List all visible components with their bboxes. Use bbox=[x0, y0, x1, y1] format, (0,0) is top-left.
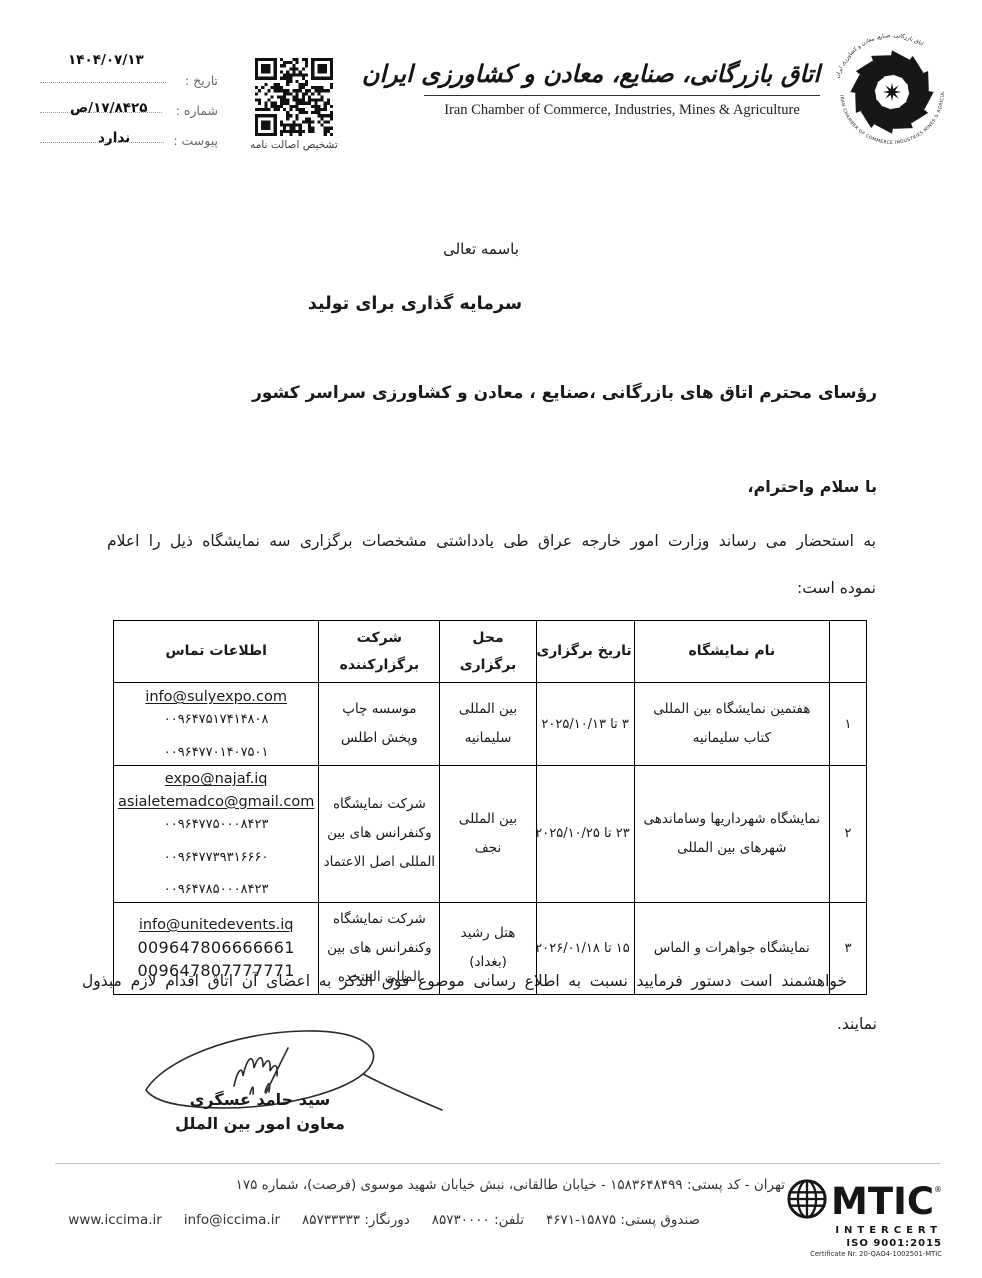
attachment-label: پیوست : bbox=[173, 133, 218, 148]
mtic-logo: MTIC ® INTERCERT ISO 9001:2015 Certifica… bbox=[780, 1178, 942, 1258]
contact-phone: 009647806666661 bbox=[118, 936, 314, 959]
contact-email: info@sulyexpo.com bbox=[118, 686, 314, 708]
number-row: شماره : ۱۷/۸۴۲۵/ص bbox=[40, 88, 218, 118]
header-organizer: شرکت برگزارکننده bbox=[319, 621, 440, 683]
certificate-number: Certificate Nr. 20-QAO4-1002501-MTIC bbox=[780, 1250, 942, 1258]
header-location: محل برگزاری bbox=[440, 621, 536, 683]
exhibition-name-cell: نمایشگاه شهرداریها وساماندهی شهرهای بین … bbox=[634, 766, 829, 902]
date-row: تاریخ : ۱۴۰۴/۰۷/۱۳ bbox=[40, 40, 218, 88]
qr-caption: تشخیص اصالت نامه bbox=[240, 139, 348, 151]
attachment-row: پیوست : ندارد bbox=[40, 118, 218, 148]
addressee-line: رؤسای محترم اتاق های بازرگانی ،صنایع ، م… bbox=[252, 383, 877, 403]
date-dotted-line bbox=[40, 82, 166, 83]
table-row: ۲ نمایشگاه شهرداریها وساماندهی شهرهای بی… bbox=[114, 766, 867, 902]
slogan: سرمایه گذاری برای تولید bbox=[308, 294, 522, 314]
footer-divider bbox=[55, 1163, 940, 1164]
contact-phone: ۰۰۹۶۴۷۸۵۰۰۰۸۴۲۳ bbox=[118, 880, 314, 900]
signer-title: معاون امور بین الملل bbox=[150, 1112, 370, 1136]
contact-cell: info@sulyexpo.com ۰۰۹۶۴۷۵۱۷۴۱۴۸۰۸ ۰۰۹۶۴۷… bbox=[114, 683, 319, 766]
contact-email: expo@najaf.iq bbox=[118, 768, 314, 790]
row-number: ۱ bbox=[829, 683, 866, 766]
iso-label: ISO 9001:2015 bbox=[780, 1238, 942, 1251]
exhibitions-table: نام نمایشگاه تاریخ برگزاری محل برگزاری ش… bbox=[113, 620, 867, 995]
intercert-label: INTERCERT bbox=[780, 1225, 942, 1238]
chamber-logo: اتاق بازرگانی، صنایع، معادن و کشاورزی ای… bbox=[831, 31, 953, 153]
location-cell: بین المللی سلیمانیه bbox=[440, 683, 536, 766]
footer-address: تهران - کد پستی: ۱۵۸۳۶۴۸۴۹۹ - خیابان طال… bbox=[236, 1177, 785, 1193]
table-row: ۱ هفتمین نمایشگاه بین المللی کتاب سلیمان… bbox=[114, 683, 867, 766]
salutation: با سلام واحترام، bbox=[748, 477, 878, 496]
contact-cell: expo@najaf.iq asialetemadco@gmail.com ۰۰… bbox=[114, 766, 319, 902]
header-exhibition-name: نام نمایشگاه bbox=[634, 621, 829, 683]
row-number: ۲ bbox=[829, 766, 866, 902]
signer-name: سید حامد عسگری bbox=[150, 1088, 370, 1112]
header-row-number bbox=[829, 621, 866, 683]
date-label: تاریخ : bbox=[185, 73, 218, 88]
footer-fax: دورنگار: ۸۵۷۳۳۳۳۳ bbox=[302, 1212, 410, 1228]
footer-telephone: تلفن: ۸۵۷۳۰۰۰۰ bbox=[432, 1212, 524, 1228]
org-name-english: Iran Chamber of Commerce, Industries, Mi… bbox=[424, 95, 820, 119]
body-line-2: نموده است: bbox=[107, 579, 876, 597]
contact-phone: ۰۰۹۶۴۷۷۳۹۳۱۶۶۶۰ bbox=[118, 848, 314, 868]
footer-po-box: صندوق پستی: ۱۵۸۷۵-۴۶۷۱ bbox=[546, 1212, 700, 1228]
header-date: تاریخ برگزاری bbox=[536, 621, 634, 683]
letterhead-meta: تاریخ : ۱۴۰۴/۰۷/۱۳ شماره : ۱۷/۸۴۲۵/ص پیو… bbox=[40, 40, 218, 148]
organizer-cell: موسسه چاپ وپخش اطلس bbox=[319, 683, 440, 766]
letter-page: تاریخ : ۱۴۰۴/۰۷/۱۳ شماره : ۱۷/۸۴۲۵/ص پیو… bbox=[0, 0, 982, 1278]
org-block: اتاق بازرگانی، صنایع، معادن و کشاورزی ای… bbox=[424, 60, 820, 119]
number-value: ۱۷/۸۴۲۵/ص bbox=[70, 100, 147, 116]
logo-center-star bbox=[883, 83, 901, 101]
closing-paragraph: خواهشمند است دستور فرمایید نسبت به اطلاع… bbox=[82, 972, 877, 1033]
mtic-wordmark: MTIC bbox=[831, 1183, 934, 1220]
org-name-farsi: اتاق بازرگانی، صنایع، معادن و کشاورزی ای… bbox=[424, 60, 820, 88]
registered-mark: ® bbox=[934, 1185, 942, 1194]
date-cell: ۲۳ تا ۲۰۲۵/۱۰/۲۵ bbox=[536, 766, 634, 902]
body-paragraph: به استحضار می رساند وزارت امور خارجه عرا… bbox=[107, 532, 876, 597]
footer-website: www.iccima.ir bbox=[68, 1212, 162, 1228]
header-contact: اطلاعات تماس bbox=[114, 621, 319, 683]
organizer-cell: شرکت نمایشگاه وکنفرانس های بین المللی اص… bbox=[319, 766, 440, 902]
basmala: باسمه تعالی bbox=[443, 240, 519, 258]
table-header-row: نام نمایشگاه تاریخ برگزاری محل برگزاری ش… bbox=[114, 621, 867, 683]
footer-email: info@iccima.ir bbox=[184, 1212, 280, 1228]
contact-email: asialetemadco@gmail.com bbox=[118, 791, 314, 813]
contact-phone: ۰۰۹۶۴۷۵۱۷۴۱۴۸۰۸ bbox=[118, 710, 314, 730]
contact-phone: ۰۰۹۶۴۷۷۵۰۰۰۸۴۲۳ bbox=[118, 815, 314, 835]
date-value: ۱۴۰۴/۰۷/۱۳ bbox=[68, 52, 144, 68]
date-cell: ۳ تا ۲۰۲۵/۱۰/۱۳ bbox=[536, 683, 634, 766]
attachment-value: ندارد bbox=[98, 130, 130, 146]
exhibition-name-cell: هفتمین نمایشگاه بین المللی کتاب سلیمانیه bbox=[634, 683, 829, 766]
closing-line-1: خواهشمند است دستور فرمایید نسبت به اطلاع… bbox=[82, 972, 877, 1002]
contact-phone: ۰۰۹۶۴۷۷۰۱۴۰۷۵۰۱ bbox=[118, 743, 314, 763]
qr-code bbox=[255, 58, 333, 136]
globe-icon bbox=[786, 1178, 828, 1224]
footer-contacts: صندوق پستی: ۱۵۸۷۵-۴۶۷۱ تلفن: ۸۵۷۳۰۰۰۰ دو… bbox=[68, 1212, 700, 1228]
location-cell: بین المللی نجف bbox=[440, 766, 536, 902]
number-label: شماره : bbox=[176, 103, 218, 118]
body-line-1: به استحضار می رساند وزارت امور خارجه عرا… bbox=[107, 532, 876, 562]
contact-email: info@unitedevents.iq bbox=[118, 914, 314, 936]
signature-block: سید حامد عسگری معاون امور بین الملل bbox=[150, 1088, 370, 1136]
